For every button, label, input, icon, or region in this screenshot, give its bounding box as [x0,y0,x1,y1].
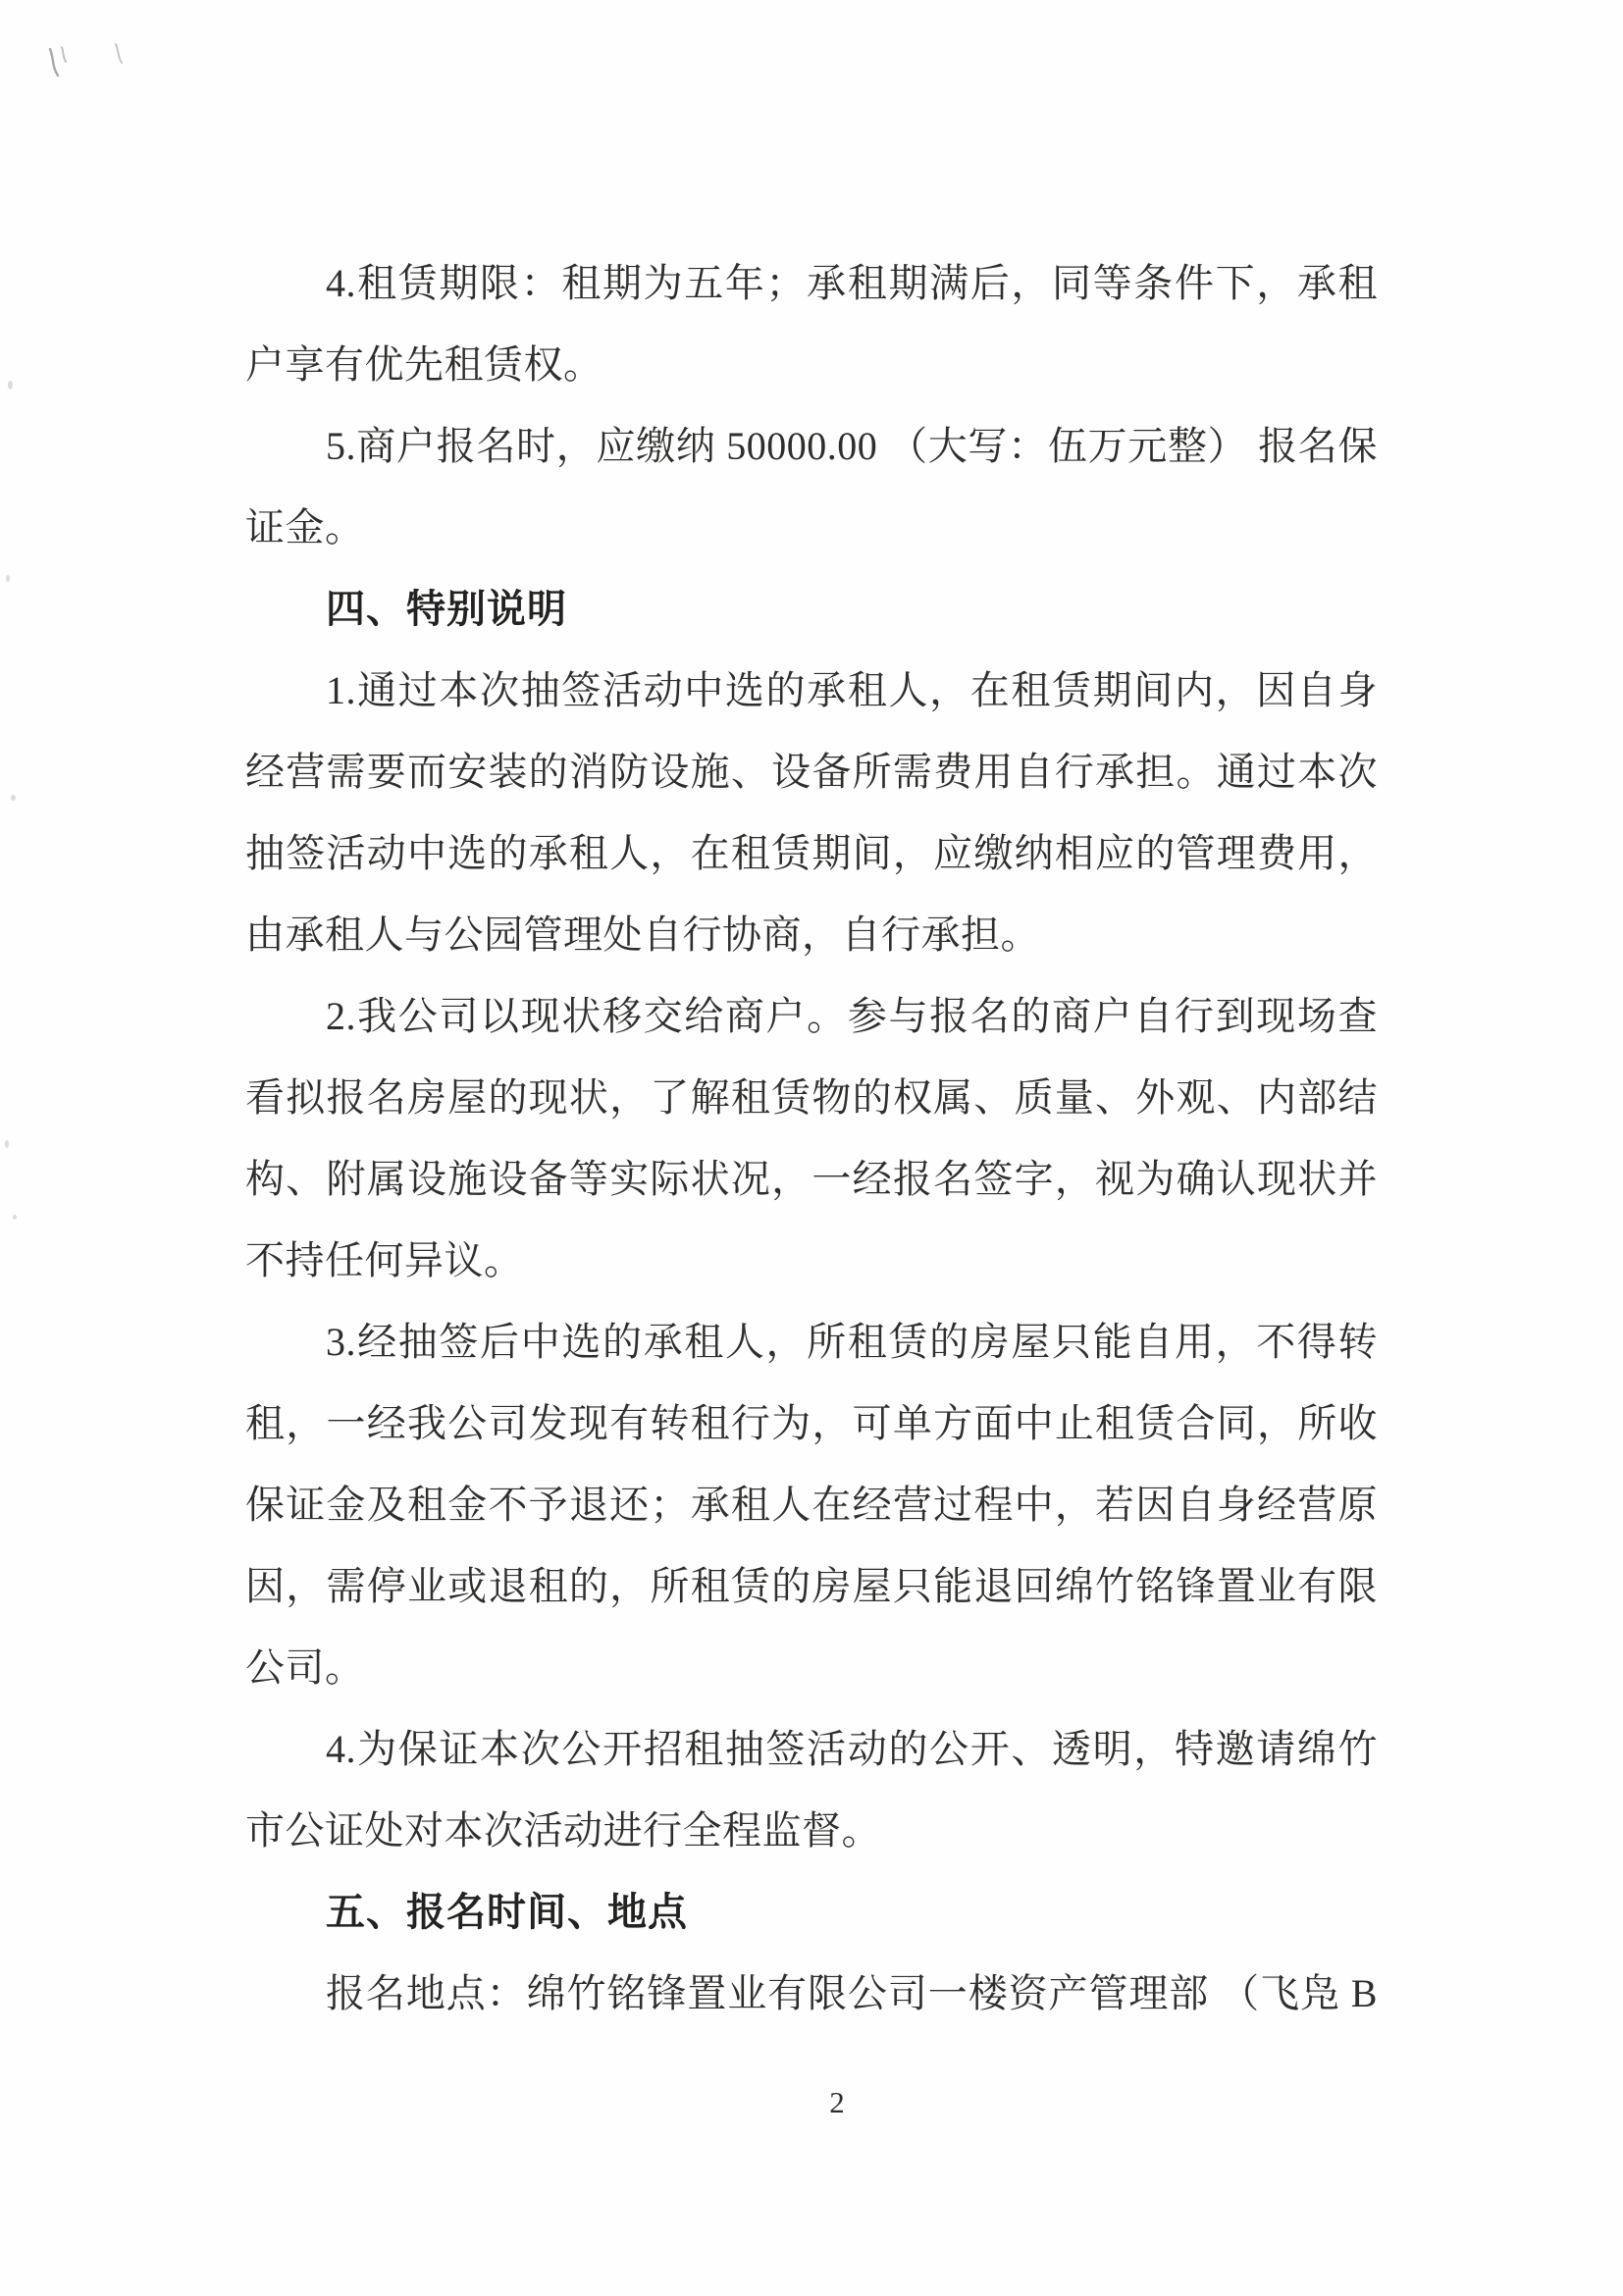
text-line: 由承租人与公园管理处自行协商，自行承担。 [245,894,1378,975]
text-line: 户享有优先租赁权。 [245,324,1378,405]
text-line: 证金。 [245,487,1378,568]
document-page: 4.租赁期限：租期为五年；承租期满后，同等条件下，承租户享有优先租赁权。5.商户… [0,0,1623,2296]
text-line: 保证金及租金不予退还；承租人在经营过程中，若因自身经营原 [245,1464,1378,1545]
scan-speckle [5,1140,9,1148]
text-line: 4.为保证本次公开招租抽签活动的公开、透明，特邀请绵竹 [245,1708,1378,1790]
text-line: 构、附属设施设备等实际状况，一经报名签字，视为确认现状并 [245,1138,1378,1220]
section-heading: 四、特别说明 [245,568,1378,650]
text-line: 不持任何异议。 [245,1220,1378,1301]
text-line: 公司。 [245,1627,1378,1708]
text-line: 报名地点：绵竹铭锋置业有限公司一楼资产管理部 （飞凫 B [245,1953,1378,2034]
text-line: 5.商户报名时，应缴纳 50000.00 （大写：伍万元整） 报名保 [245,405,1378,487]
scan-speckle [6,575,10,582]
scan-speckle [13,1215,17,1220]
scan-artifact-mark [43,45,73,80]
text-line: 抽签活动中选的承租人，在租赁期间，应缴纳相应的管理费用， [245,812,1378,894]
text-line: 4.租赁期限：租期为五年；承租期满后，同等条件下，承租 [245,242,1378,324]
text-line: 看拟报名房屋的现状，了解租赁物的权属、质量、外观、内部结 [245,1057,1378,1138]
text-line: 1.通过本次抽签活动中选的承租人，在租赁期间内，因自身 [245,650,1378,731]
scan-speckle [8,381,13,390]
text-line: 市公证处对本次活动进行全程监督。 [245,1790,1378,1871]
section-heading: 五、报名时间、地点 [245,1871,1378,1953]
document-text-block: 4.租赁期限：租期为五年；承租期满后，同等条件下，承租户享有优先租赁权。5.商户… [245,242,1378,2034]
text-line: 经营需要而安装的消防设施、设备所需费用自行承担。通过本次 [245,731,1378,812]
scan-speckle [11,795,16,801]
scan-artifact-mark [110,41,131,67]
text-line: 租，一经我公司发现有转租行为，可单方面中止租赁合同，所收 [245,1383,1378,1464]
page-number: 2 [793,2073,881,2132]
text-line: 因，需停业或退租的，所租赁的房屋只能退回绵竹铭锋置业有限 [245,1545,1378,1627]
text-line: 3.经抽签后中选的承租人，所租赁的房屋只能自用，不得转 [245,1301,1378,1383]
text-line: 2.我公司以现状移交给商户。参与报名的商户自行到现场查 [245,975,1378,1057]
